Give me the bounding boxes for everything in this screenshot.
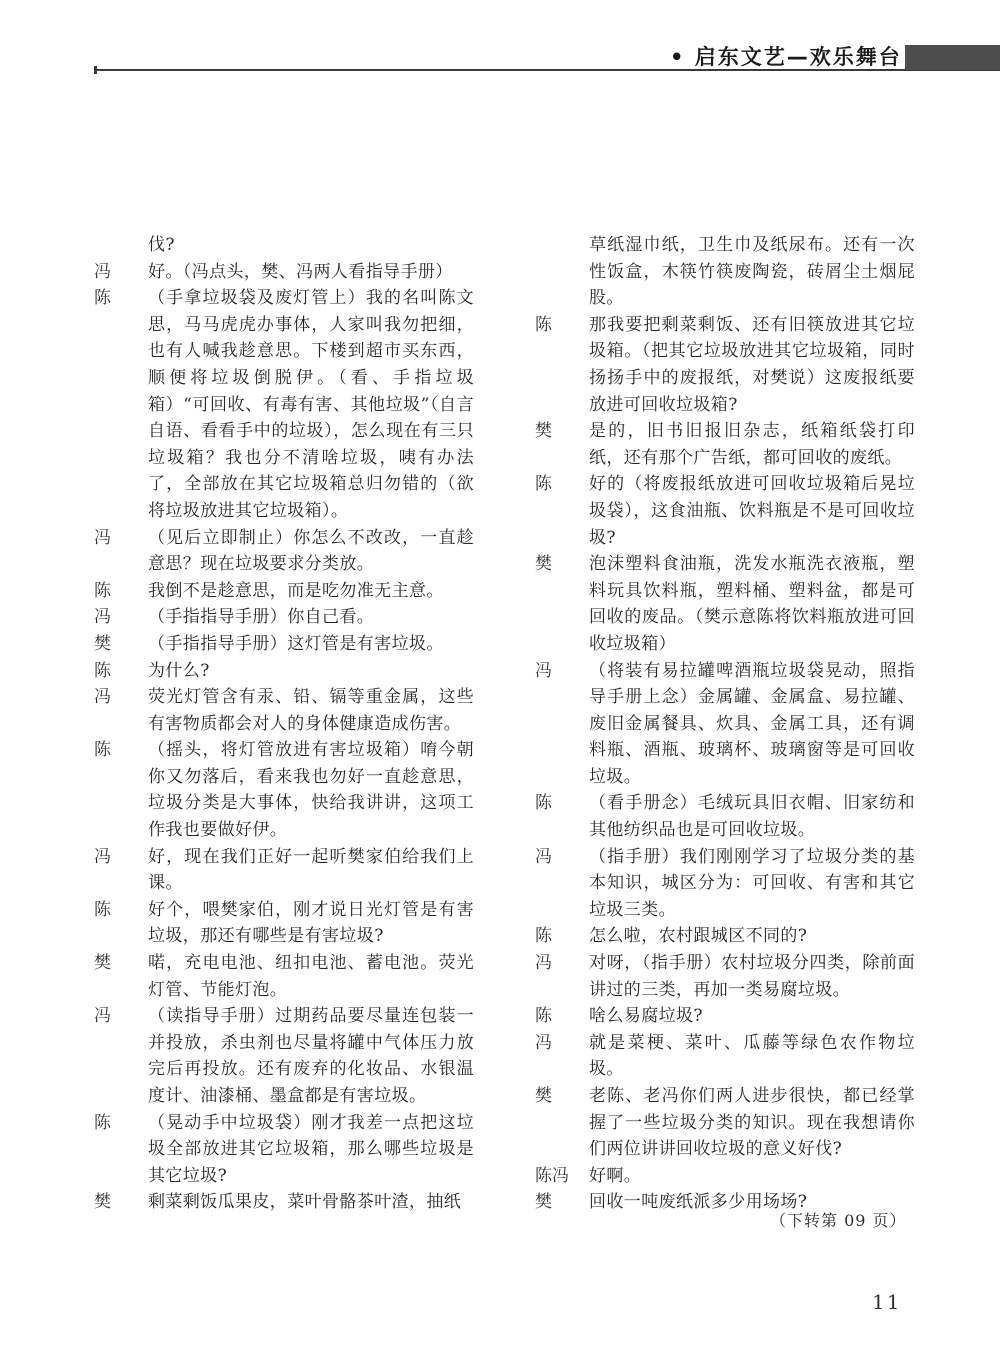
speaker-name: 陈 (94, 658, 148, 685)
dialogue-text: 对呀，（指手册）农村垃圾分四类，除前面讲过的三类，再加一类易腐垃圾。 (589, 950, 915, 1003)
dialogue-entry: 樊是的，旧书旧报旧杂志，纸箱纸袋打印纸，还有那个广告纸，都可回收的废纸。 (535, 418, 915, 471)
speaker-name: 樊 (535, 551, 589, 578)
dialogue-entry: 樊剩菜剩饭瓜果皮，菜叶骨骼茶叶渣，抽纸 (94, 1189, 474, 1216)
dialogue-text: 好个，喂樊家伯，刚才说日光灯管是有害垃圾，那还有哪些是有害垃圾? (148, 897, 474, 950)
dialogue-entry: 冯（将装有易拉罐啤酒瓶垃圾袋晃动，照指导手册上念）金属罐、金属盒、易拉罐、废旧金… (535, 658, 915, 791)
dialogue-text: 为什么? (148, 658, 474, 685)
dialogue-entry: 樊喏，充电电池、纽扣电池、蓄电池。荧光灯管、节能灯泡。 (94, 950, 474, 1003)
dialogue-text: 剩菜剩饭瓜果皮，菜叶骨骼茶叶渣，抽纸 (148, 1189, 474, 1216)
dialogue-entry: 陈好的（将废报纸放进可回收垃圾箱后晃垃圾袋），这食油瓶、饮料瓶是不是可回收垃圾? (535, 471, 915, 551)
speaker-name: 陈 (535, 312, 589, 339)
dialogue-text: （手指指导手册）这灯管是有害垃圾。 (148, 631, 474, 658)
dialogue-entry: 樊老陈、老冯你们两人进步很快，都已经掌握了一些垃圾分类的知识。现在我想请你们两位… (535, 1083, 915, 1163)
speaker-name: 陈 (535, 471, 589, 498)
speaker-name: 陈 (94, 285, 148, 312)
dialogue-entry: 樊泡沫塑料食油瓶，洗发水瓶洗衣液瓶，塑料玩具饮料瓶，塑料桶、塑料盆，都是可回收的… (535, 551, 915, 657)
speaker-name: 陈冯 (535, 1163, 589, 1190)
dialogue-text: （将装有易拉罐啤酒瓶垃圾袋晃动，照指导手册上念）金属罐、金属盒、易拉罐、废旧金属… (589, 658, 915, 791)
dialogue-text: 怎么啦，农村跟城区不同的? (589, 923, 915, 950)
speaker-name: 樊 (535, 1189, 589, 1216)
speaker-name: 冯 (535, 658, 589, 685)
dialogue-text: 好，现在我们正好一起听樊家伯给我们上课。 (148, 844, 474, 897)
running-header-title: • 启东文艺—欢乐舞台 • (670, 44, 926, 70)
dialogue-entry: 冯对呀，（指手册）农村垃圾分四类，除前面讲过的三类，再加一类易腐垃圾。 (535, 950, 915, 1003)
dialogue-entry: 樊（手指指导手册）这灯管是有害垃圾。 (94, 631, 474, 658)
dialogue-text: 泡沫塑料食油瓶，洗发水瓶洗衣液瓶，塑料玩具饮料瓶，塑料桶、塑料盆，都是可回收的废… (589, 551, 915, 657)
speaker-name: 冯 (535, 950, 589, 977)
continued-note: （下转第 09 页） (770, 1208, 907, 1231)
dialogue-text: （指手册）我们刚刚学习了垃圾分类的基本知识，城区分为：可回收、有害和其它垃圾三类… (589, 844, 915, 924)
dialogue-entry: 陈啥么易腐垃圾? (535, 1003, 915, 1030)
dialogue-entry: 陈好个，喂樊家伯，刚才说日光灯管是有害垃圾，那还有哪些是有害垃圾? (94, 897, 474, 950)
dialogue-entry: 冯（手指指导手册）你自己看。 (94, 604, 474, 631)
dialogue-entry: 陈（手拿垃圾袋及废灯管上）我的名叫陈文思，马马虎虎办事体，人家叫我勿把细，也有人… (94, 285, 474, 524)
dialogue-entry: 冯（见后立即制止）你怎么不改改，一直趁意思？现在垃圾要求分类放。 (94, 525, 474, 578)
speaker-name: 陈 (94, 1110, 148, 1137)
dialogue-entry: 冯好，现在我们正好一起听樊家伯给我们上课。 (94, 844, 474, 897)
dialogue-entry: 陈（晃动手中垃圾袋）刚才我差一点把这垃圾全部放进其它垃圾箱，那么哪些垃圾是其它垃… (94, 1110, 474, 1190)
speaker-name: 冯 (535, 844, 589, 871)
dialogue-text: 就是菜梗、菜叶、瓜藤等绿色农作物垃圾。 (589, 1030, 915, 1083)
dialogue-text: 那我要把剩菜剩饭、还有旧筷放进其它垃圾箱。（把其它垃圾放进其它垃圾箱，同时扬扬手… (589, 312, 915, 418)
speaker-name: 冯 (94, 525, 148, 552)
dialogue-entry: 冯（指手册）我们刚刚学习了垃圾分类的基本知识，城区分为：可回收、有害和其它垃圾三… (535, 844, 915, 924)
speaker-name: 樊 (94, 631, 148, 658)
speaker-name: 冯 (94, 844, 148, 871)
speaker-name: 樊 (535, 418, 589, 445)
dialogue-entry: 陈（看手册念）毛绒玩具旧衣帽、旧家纺和其他纺织品也是可回收垃圾。 (535, 790, 915, 843)
dialogue-entry: 冯就是菜梗、菜叶、瓜藤等绿色农作物垃圾。 (535, 1030, 915, 1083)
dialogue-text: 老陈、老冯你们两人进步很快，都已经掌握了一些垃圾分类的知识。现在我想请你们两位讲… (589, 1083, 915, 1163)
speaker-name: 陈 (94, 737, 148, 764)
dialogue-entry: 冯荧光灯管含有汞、铅、镉等重金属，这些有害物质都会对人的身体健康造成伤害。 (94, 684, 474, 737)
dialogue-text: （摇头，将灯管放进有害垃圾箱）唷今朝你又勿落后，看来我也勿好一直趁意思，垃圾分类… (148, 737, 474, 843)
dialogue-entry: 陈怎么啦，农村跟城区不同的? (535, 923, 915, 950)
speaker-name: 陈 (535, 1003, 589, 1030)
dialogue-entry: 陈为什么? (94, 658, 474, 685)
dialogue-text: 草纸湿巾纸，卫生巾及纸尿布。还有一次性饭盒，木筷竹筷废陶瓷，砖屑尘土烟屁股。 (589, 232, 915, 312)
speaker-name: 樊 (94, 950, 148, 977)
dialogue-text: 荧光灯管含有汞、铅、镉等重金属，这些有害物质都会对人的身体健康造成伤害。 (148, 684, 474, 737)
dialogue-text: （手拿垃圾袋及废灯管上）我的名叫陈文思，马马虎虎办事体，人家叫我勿把细，也有人喊… (148, 285, 474, 524)
dialogue-entry: 伐? (94, 232, 474, 259)
speaker-name: 樊 (535, 1083, 589, 1110)
speaker-name: 陈 (535, 923, 589, 950)
dialogue-entry: 陈（摇头，将灯管放进有害垃圾箱）唷今朝你又勿落后，看来我也勿好一直趁意思，垃圾分… (94, 737, 474, 843)
dialogue-text: 伐? (148, 232, 474, 259)
dialogue-text: （晃动手中垃圾袋）刚才我差一点把这垃圾全部放进其它垃圾箱，那么哪些垃圾是其它垃圾… (148, 1110, 474, 1190)
speaker-name: 樊 (94, 1189, 148, 1216)
header-dark-block (905, 45, 1000, 70)
speaker-name: 陈 (535, 790, 589, 817)
dialogue-text: 好啊。 (589, 1163, 915, 1190)
dialogue-text: （看手册念）毛绒玩具旧衣帽、旧家纺和其他纺织品也是可回收垃圾。 (589, 790, 915, 843)
dialogue-text: （读指导手册）过期药品要尽量连包装一并投放，杀虫剂也尽量将罐中气体压力放完后再投… (148, 1003, 474, 1109)
dialogue-text: （手指指导手册）你自己看。 (148, 604, 474, 631)
dialogue-text: （见后立即制止）你怎么不改改，一直趁意思？现在垃圾要求分类放。 (148, 525, 474, 578)
dialogue-text: 我倒不是趁意思，而是吃勿准无主意。 (148, 578, 474, 605)
speaker-name: 冯 (94, 684, 148, 711)
dialogue-entry: 冯（读指导手册）过期药品要尽量连包装一并投放，杀虫剂也尽量将罐中气体压力放完后再… (94, 1003, 474, 1109)
speaker-name: 陈 (94, 578, 148, 605)
dialogue-entry: 陈我倒不是趁意思，而是吃勿准无主意。 (94, 578, 474, 605)
dialogue-entry: 陈那我要把剩菜剩饭、还有旧筷放进其它垃圾箱。（把其它垃圾放进其它垃圾箱，同时扬扬… (535, 312, 915, 418)
dialogue-text: 是的，旧书旧报旧杂志，纸箱纸袋打印纸，还有那个广告纸，都可回收的废纸。 (589, 418, 915, 471)
speaker-name: 冯 (94, 1003, 148, 1030)
speaker-name: 冯 (535, 1030, 589, 1057)
left-column: 伐?冯好。（冯点头，樊、冯两人看指导手册）陈（手拿垃圾袋及废灯管上）我的名叫陈文… (94, 232, 474, 1216)
speaker-name: 冯 (94, 604, 148, 631)
dialogue-entry: 冯好。（冯点头，樊、冯两人看指导手册） (94, 259, 474, 286)
dialogue-text: 啥么易腐垃圾? (589, 1003, 915, 1030)
right-column: 草纸湿巾纸，卫生巾及纸尿布。还有一次性饭盒，木筷竹筷废陶瓷，砖屑尘土烟屁股。陈那… (535, 232, 915, 1216)
dialogue-text: 好。（冯点头，樊、冯两人看指导手册） (148, 259, 474, 286)
dialogue-entry: 草纸湿巾纸，卫生巾及纸尿布。还有一次性饭盒，木筷竹筷废陶瓷，砖屑尘土烟屁股。 (535, 232, 915, 312)
speaker-name: 冯 (94, 259, 148, 286)
dialogue-text: 喏，充电电池、纽扣电池、蓄电池。荧光灯管、节能灯泡。 (148, 950, 474, 1003)
speaker-name: 陈 (94, 897, 148, 924)
dialogue-text: 好的（将废报纸放进可回收垃圾箱后晃垃圾袋），这食油瓶、饮料瓶是不是可回收垃圾? (589, 471, 915, 551)
page-number: 11 (872, 1290, 901, 1314)
dialogue-entry: 陈冯好啊。 (535, 1163, 915, 1190)
